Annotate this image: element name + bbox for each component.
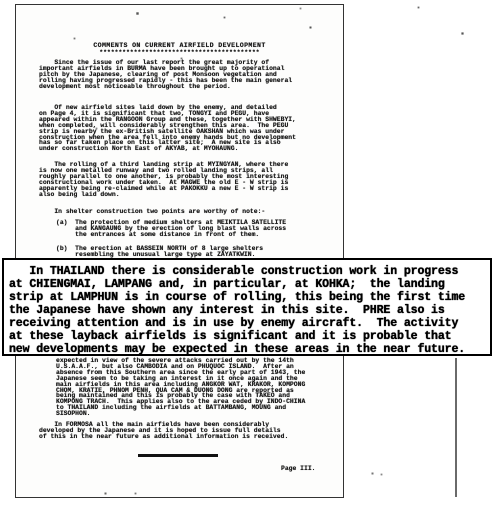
end-divider-rule (138, 454, 218, 457)
paragraph-new-airfield-sites: Of new airfield sites laid down by the e… (39, 105, 296, 152)
paragraph-shelter-intro: In shelter construction two points are w… (39, 209, 265, 215)
scan-speckles (0, 0, 1, 1)
title-underline-asterisks: ****************************************… (16, 50, 343, 56)
paragraph-formosa: In FORMOSA all the main airfields have b… (39, 422, 288, 440)
note-item-b: (b) The erection at BASSEIN NORTH of 8 l… (56, 246, 263, 258)
note-item-a: (a) The protection of medium shelters at… (56, 220, 286, 238)
magnified-excerpt-text: In THAILAND there is considerable constr… (9, 265, 488, 356)
paragraph-cambodia-airfields: expected in view of the severe attacks c… (56, 358, 305, 417)
paragraph-third-landing-strip: The rolling of a third landing strip at … (39, 162, 288, 197)
scanned-page: COMMENTS ON CURRENT AIRFIELD DEVELOPMENT… (0, 0, 500, 507)
magnified-excerpt-overlay: In THAILAND there is considerable constr… (2, 258, 492, 356)
page-number: Page III. (281, 466, 316, 472)
paragraph-burma-development: Since the issue of our last report the g… (39, 60, 292, 90)
scan-edge-line (455, 358, 457, 497)
document-scan: COMMENTS ON CURRENT AIRFIELD DEVELOPMENT… (15, 4, 344, 498)
